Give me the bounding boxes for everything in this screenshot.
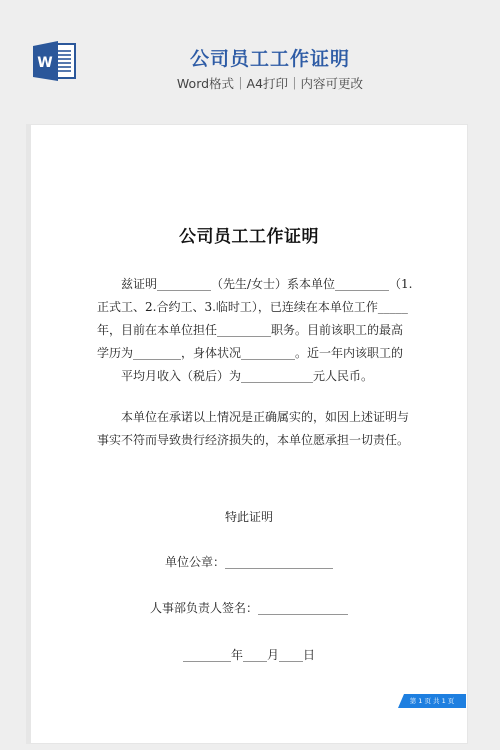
page-number-badge: 第 1 页 共 1 页 bbox=[398, 694, 466, 708]
paragraph-line: 事实不符而导致贵行经济损失的，本单位愿承担一切责任。 bbox=[97, 429, 405, 452]
paragraph-line: 兹证明_________（先生/女士）系本单位_________（1. bbox=[97, 273, 405, 296]
header-title: 公司员工工作证明 bbox=[0, 44, 500, 71]
seal-line: 单位公章：__________________ bbox=[31, 553, 467, 570]
document-page: 公司员工工作证明 兹证明_________（先生/女士）系本单位________… bbox=[31, 125, 467, 743]
paragraph-line: 平均月收入（税后）为____________元人民币。 bbox=[97, 365, 405, 388]
paragraph-line: 正式工、2.合约工、3.临时工），已连续在本单位工作_____ bbox=[97, 296, 405, 319]
header: W 公司员工工作证明 Word格式｜A4打印｜内容可更改 bbox=[0, 0, 500, 120]
paragraph-line: 学历为________，身体状况_________。近一年内该职工的 bbox=[97, 342, 405, 365]
closing-text: 特此证明 bbox=[31, 508, 467, 525]
paragraph-certification: 兹证明_________（先生/女士）系本单位_________（1. 正式工、… bbox=[97, 273, 405, 388]
paragraph-line: 年，目前在本单位担任_________职务。目前该职工的最高 bbox=[97, 319, 405, 342]
paragraph-line: 本单位在承诺以上情况是正确属实的，如因上述证明与 bbox=[97, 406, 405, 429]
document-title: 公司员工工作证明 bbox=[31, 222, 467, 247]
signature-line: 人事部负责人签名：_______________ bbox=[31, 599, 467, 616]
date-line: ________年____月____日 bbox=[31, 646, 467, 663]
header-subtitle: Word格式｜A4打印｜内容可更改 bbox=[0, 74, 500, 92]
paragraph-liability: 本单位在承诺以上情况是正确属实的，如因上述证明与 事实不符而导致贵行经济损失的，… bbox=[97, 406, 405, 452]
